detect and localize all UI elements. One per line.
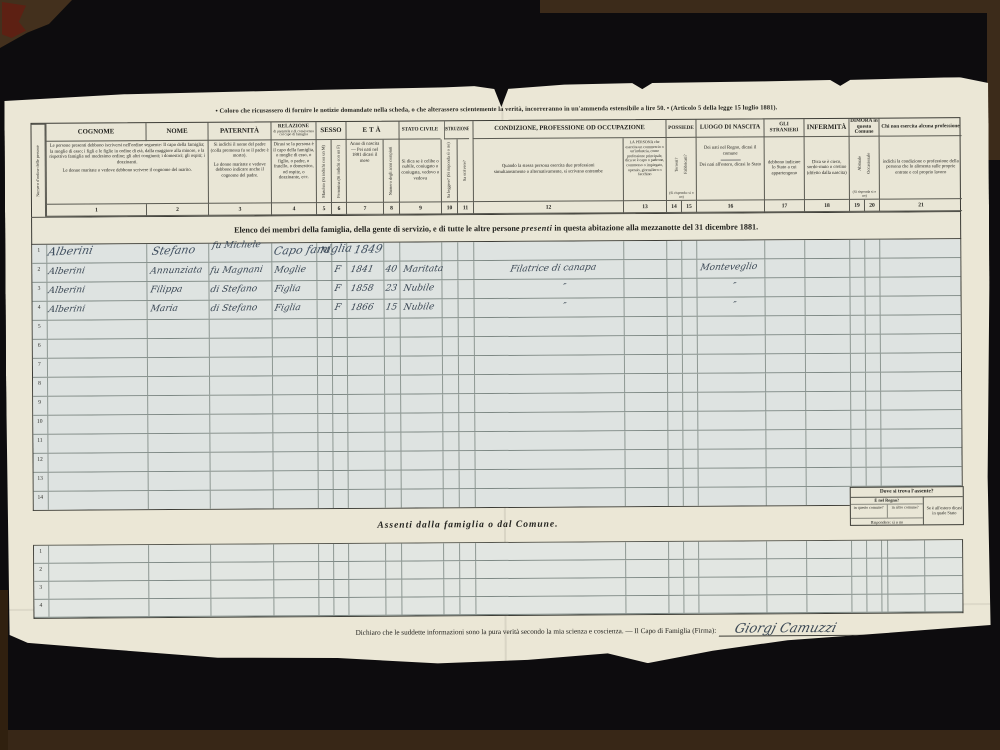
census-sheet-paper: • Coloro che ricusassero di fornire le n… — [4, 77, 992, 667]
hw-cognome: Alberini — [47, 266, 85, 277]
col-number: 20 — [864, 200, 879, 212]
hw-stato-civile: Maritata — [402, 264, 444, 275]
header-luogo-nascita: LUOGO DI NASCITA — [695, 119, 763, 137]
row-number: 1 — [34, 549, 47, 555]
luogo-note-2: Dei nati all'estero, dicasi lo Stato — [698, 162, 763, 168]
eta-anni-label: Numero degli anni compiuti — [389, 146, 394, 195]
hw-nome: Maria — [150, 304, 179, 315]
where-estero: Se è all'estero dicasi in quale Stato — [924, 496, 965, 524]
hw-condizione-ditto: ″ — [562, 283, 567, 293]
header-sa-scrivere: Sa scrivere? — [457, 139, 473, 202]
absent-table-body: 1 2 3 4 — [33, 539, 963, 619]
col-number: 17 — [764, 200, 804, 212]
penalty-notice: • Coloro che ricusassero di fornire le n… — [4, 103, 988, 116]
row-number: 9 — [33, 400, 46, 406]
hw-sesso: F — [333, 265, 341, 275]
hw-condizione-ditto: ″ — [562, 302, 567, 312]
sa-leggere-label: Sa leggere? (Si risponda sì o no) — [447, 142, 452, 198]
hw-anno-nascita: 1841 — [349, 265, 374, 276]
hw-paternita: fu Michele — [211, 240, 262, 251]
where-questo-comune: in questo comune? — [851, 505, 888, 518]
relazione-subtitle: di parentela e di convivenza col capo di… — [272, 130, 316, 137]
col-number: 9 — [399, 202, 441, 214]
table-header: Numero d'ordine delle persone COGNOME NO… — [30, 117, 961, 218]
where-rispondere: Rispondere: sì o no — [851, 517, 923, 525]
header-condizione-note2: LA PERSONA che esercita un commercio o u… — [623, 138, 666, 201]
row-number: 12 — [34, 457, 47, 463]
col-number: 21 — [879, 199, 962, 212]
col-number: 2 — [146, 204, 208, 216]
row-number-column-label: Numero d'ordine delle persone — [31, 124, 46, 217]
col-number: 10 — [441, 202, 457, 214]
row-number: 5 — [33, 324, 46, 330]
hw-relazione: Moglie — [273, 265, 306, 276]
header-stranieri: GLI STRANIERI — [763, 119, 803, 137]
header-sesso-maschio: Maschio (Si indichi con un M) — [316, 140, 331, 203]
hw-cognome: Alberini — [48, 304, 86, 315]
header-possiede-cells: Terreni? Fabbricati? (Si risponda: sì o … — [666, 138, 696, 201]
header-condizione-note1: Quando la stessa persona esercita due pr… — [473, 138, 623, 202]
hw-paternita: di Stefano — [209, 284, 258, 295]
header-chi-non-note: indichi la condizione o professione dell… — [879, 136, 962, 200]
paternita-note-2: Le donne maritate e vedove debbono indic… — [210, 162, 270, 179]
col-number: 11 — [457, 202, 473, 214]
header-paternita: PATERNITÀ — [207, 122, 270, 140]
wood-table-edge-right — [987, 0, 1000, 160]
header-sesso-femmina: Femmina (Si indichi con un F) — [331, 140, 346, 203]
hw-luogo-ditto: ″ — [732, 301, 737, 311]
hw-anno-nascita: 1849 — [353, 242, 384, 256]
dimora-abituale-label: Abituale — [857, 138, 862, 189]
sa-scrivere-label: Sa scrivere? — [463, 160, 468, 181]
row-number: 11 — [33, 438, 46, 444]
header-istruzione: ISTRUZIONE — [444, 121, 469, 139]
hw-relazione: Figlia — [274, 303, 302, 314]
hw-stato-civile: Nubile — [403, 302, 436, 313]
luogo-note-1: Dei nati nel Regno, dicasi il comune — [698, 145, 763, 156]
header-sa-leggere: Sa leggere? (Si risponda sì o no) — [441, 139, 457, 202]
header-sesso: SESSO — [315, 122, 345, 140]
where-box-regno: È nel Regno? in questo comune? in altro … — [851, 496, 924, 524]
possiede-terreni-label: Terreni? — [674, 139, 679, 190]
wood-table-edge-top — [540, 0, 1000, 13]
hw-sesso: F — [334, 284, 342, 294]
hw-sesso: M — [319, 246, 330, 256]
where-is-absent-box: Dove si trova l'assente? È nel Regno? in… — [850, 486, 964, 526]
hw-relazione: Figlia — [274, 284, 302, 295]
hw-stato-civile: Nubile — [402, 283, 435, 294]
row-number: 3 — [32, 286, 45, 292]
header-dimora-cells: Abituale Occasionale (Si risponda sì o n… — [849, 137, 879, 200]
possiede-nota: (Si risponda: sì o no) — [667, 191, 696, 199]
hw-anno-nascita: 1866 — [350, 303, 375, 314]
hw-anni: 15 — [385, 303, 398, 313]
col-number: 14 — [666, 201, 681, 213]
hw-condizione: Filatrice di canapa — [509, 263, 597, 275]
col-number: 4 — [271, 203, 316, 215]
declaration-text: Dichiaro che le suddette informazioni so… — [356, 627, 717, 637]
header-stato-civile: STATO CIVILE — [398, 121, 440, 139]
dimora-occasionale-label: Occasionale — [866, 138, 871, 189]
header-stranieri-note: debbono indicare lo Stato a cui apparten… — [764, 137, 804, 200]
head-of-family-signature: Giorgj Camuzzi — [718, 623, 899, 637]
header-eta-anno: Anno di nascita — Pei nati nel 1881 dica… — [346, 140, 383, 203]
possiede-fabbricati-label: Fabbricati? — [683, 139, 688, 190]
dimora-nota: (Si risponda sì o no) — [850, 190, 879, 198]
row-number: 8 — [33, 381, 46, 387]
hw-luogo-nascita: Monteveglio — [699, 262, 758, 273]
list-title-pre: Elenco dei membri della famiglia, della … — [234, 223, 520, 234]
declaration-line: Dichiaro che le suddette informazioni so… — [34, 622, 964, 641]
col-number: 13 — [623, 201, 666, 213]
row-number: 2 — [32, 267, 45, 273]
col-number: 15 — [681, 201, 696, 213]
row-number: 4 — [34, 603, 47, 609]
header-paternita-note: Si indichi il nome del padre (colla prem… — [208, 140, 271, 203]
table-body: 1 Alberini Stefano fu Michele Capo famig… — [31, 239, 963, 511]
header-eta-anni: Numero degli anni compiuti — [383, 140, 399, 203]
row-number: 4 — [33, 305, 46, 311]
wood-table-edge-bottom — [0, 730, 1000, 750]
sesso-f-label: Femmina (Si indichi con un F) — [336, 145, 341, 198]
hw-nome: Annunziata — [149, 265, 203, 276]
col-number: 19 — [849, 200, 864, 212]
hw-nome: Filippa — [149, 285, 183, 296]
header-stato-note: Si dica se è celibe o nubile, coniugato … — [399, 139, 441, 202]
census-table: Numero d'ordine delle persone COGNOME NO… — [30, 117, 963, 641]
wood-table-edge-left — [0, 590, 8, 750]
row-number: 13 — [34, 476, 47, 482]
hw-cognome: Alberini — [47, 285, 85, 296]
row-number: 7 — [33, 362, 46, 368]
hw-anni: 23 — [385, 284, 398, 294]
hw-anni: 40 — [384, 265, 397, 275]
header-condizione: CONDIZIONE, PROFESSIONE OD OCCUPAZIONE — [472, 120, 665, 139]
hw-paternita: di Stefano — [210, 303, 259, 314]
list-title-emphasis: presenti — [521, 223, 552, 232]
paternita-note-1: Si indichi il nome del padre (colla prem… — [210, 142, 270, 159]
col-number: 16 — [696, 200, 764, 212]
list-title-post: in questa abitazione alla mezzanotte del… — [554, 222, 758, 232]
header-relazione-note: Dirasi se la persona è il capo della fam… — [271, 140, 316, 203]
header-chi-non-esercita: Chi non esercita alcuna professione — [878, 118, 961, 137]
col-number: 12 — [473, 201, 623, 214]
header-relazione: RELAZIONE di parentela e di convivenza c… — [270, 122, 315, 140]
col-number: 7 — [346, 203, 383, 215]
col-number: 5 — [316, 203, 331, 215]
row-number: 6 — [33, 343, 46, 349]
header-infermita: INFERMITÀ — [803, 119, 848, 137]
header-nome: NOME — [145, 123, 207, 141]
hw-relazione: Capo famiglia — [273, 242, 354, 258]
header-possiede: POSSIEDE — [665, 120, 695, 138]
hw-nome: Stefano — [151, 243, 197, 258]
where-altro-comune: in altro comune? — [887, 504, 923, 517]
header-cognome-note: Le persone presenti debbono iscriversi n… — [46, 141, 208, 205]
cognome-note-1: Le persone presenti debbono iscriversi n… — [48, 143, 207, 166]
header-dimora: DIMORA in questo Comune — [848, 119, 878, 137]
header-eta: ETÀ — [345, 122, 398, 140]
sesso-m-label: Maschio (Si indichi con un M) — [321, 145, 326, 198]
hw-anno-nascita: 1858 — [350, 284, 375, 295]
col-number: 18 — [804, 200, 849, 212]
cognome-note-2: Le donne maritate o vedove debbono scriv… — [48, 168, 207, 175]
hw-luogo-ditto: ″ — [732, 282, 737, 292]
col-number: 8 — [383, 203, 399, 215]
row-number: 10 — [33, 419, 46, 425]
col-number: 3 — [208, 203, 271, 215]
hw-paternita: fu Magnani — [209, 265, 263, 276]
row-number: 1 — [32, 248, 45, 254]
hw-cognome: Alberini — [47, 244, 94, 259]
row-number: 2 — [34, 567, 47, 573]
header-cognome: COGNOME — [45, 123, 145, 142]
col-number: 6 — [331, 203, 346, 215]
hw-sesso: F — [334, 303, 342, 313]
header-infermita-note: Dica se è cieco, sordo-muto o cretino (d… — [804, 137, 849, 200]
col-number: 1 — [46, 204, 146, 217]
row-number: 14 — [34, 495, 47, 501]
row-number: 3 — [34, 585, 47, 591]
header-luogo-note: Dei nati nel Regno, dicasi il comune Dei… — [696, 137, 764, 200]
